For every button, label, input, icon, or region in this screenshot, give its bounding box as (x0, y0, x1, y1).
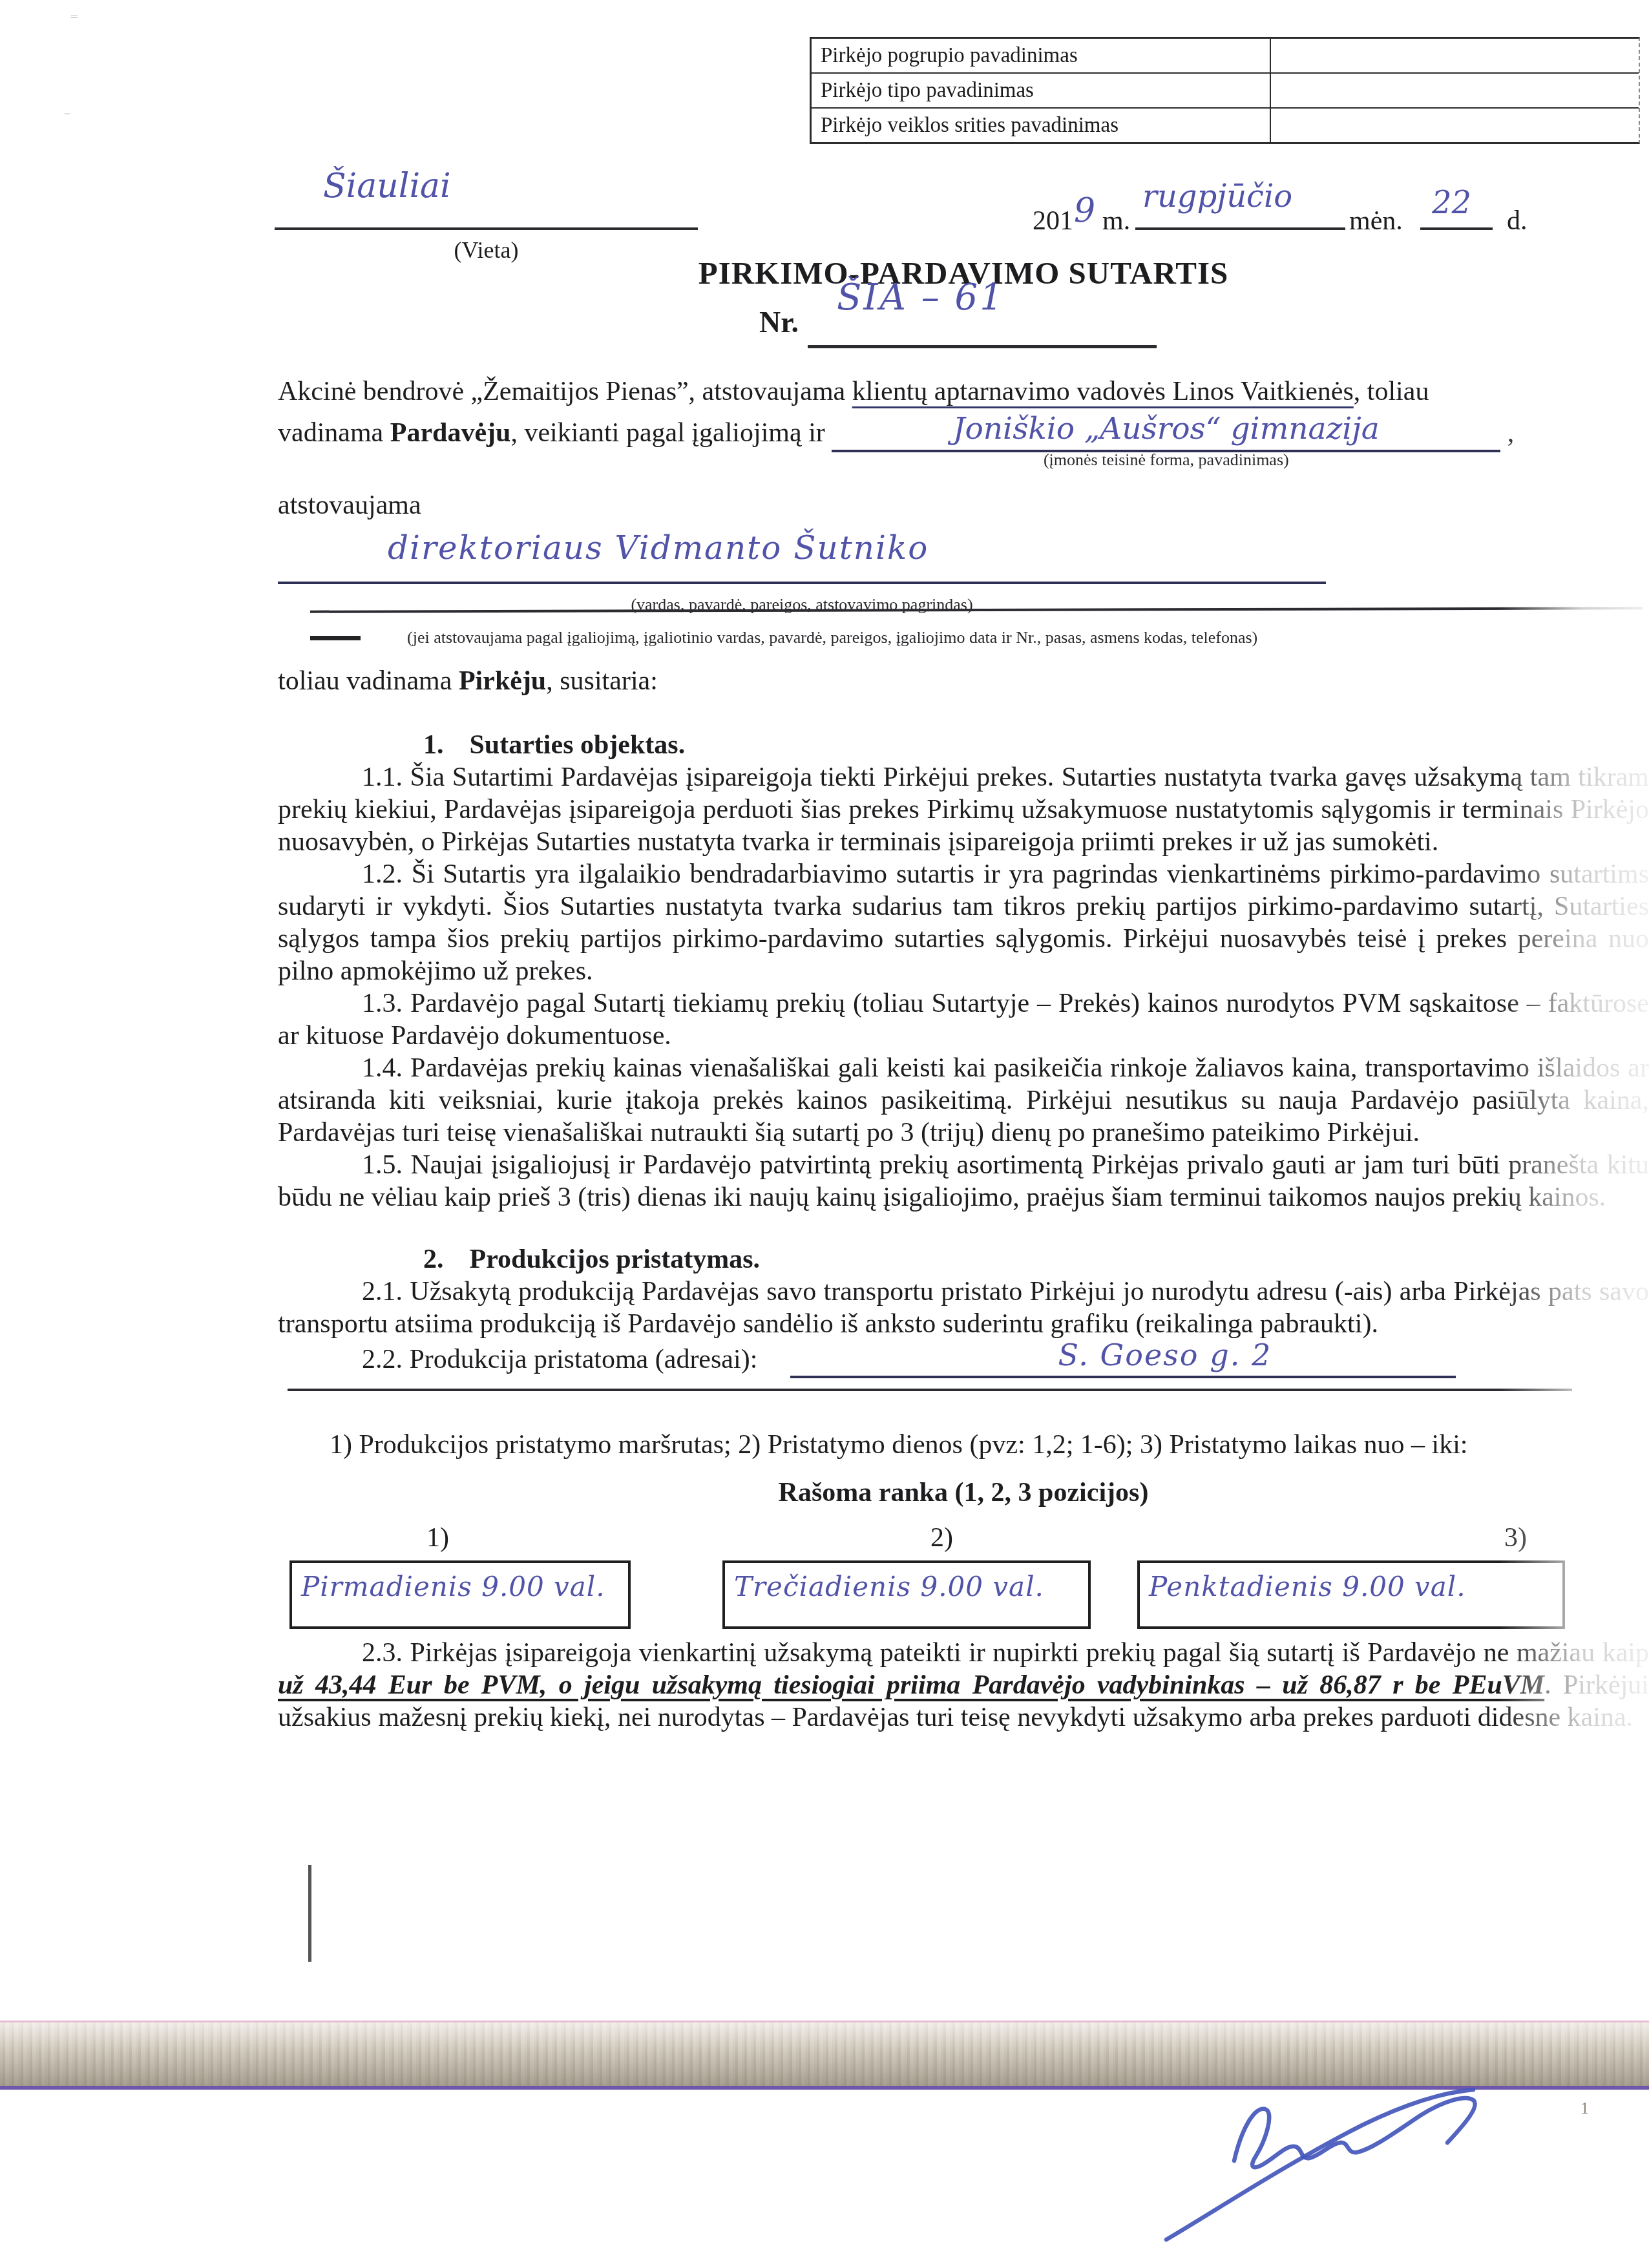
handwritten-month: rugpjūčio (1142, 178, 1292, 215)
clause-2-3: 2.3. Pirkėjas įsipareigoja vienkartinį u… (278, 1637, 1649, 1734)
section-number: 1. (423, 730, 444, 760)
month-underline (1135, 227, 1345, 230)
clause-1-3: 1.3. Pardavėjo pagal Sutartį tiekiamų pr… (278, 987, 1649, 1052)
section-number: 2. (423, 1244, 444, 1274)
section-title: Produkcijos pristatymas. (470, 1244, 761, 1274)
section-title: Sutarties objektas. (470, 730, 686, 760)
company-fill-line[interactable]: Joniškio „Aušros“ gimnazija(įmonės teisi… (832, 415, 1500, 452)
buyer-meta-table: Pirkėjo pogrupio pavadinimas Pirkėjo tip… (810, 37, 1640, 144)
column-label-3: 3) (1504, 1522, 1527, 1554)
representative-fill-line[interactable]: direktoriaus Vidmanto Šutniko (278, 522, 1326, 584)
table-row: Pirkėjo veiklos srities pavadinimas (812, 109, 1639, 142)
margin-pen-mark (308, 1865, 311, 1962)
contract-number-underline (808, 345, 1157, 348)
clause-1-4: 1.4. Pardavėjas prekių kainas vienašališ… (278, 1052, 1649, 1149)
column-label-2: 2) (930, 1522, 953, 1554)
day-underline (1420, 227, 1493, 230)
intro-line-1: Akcinė bendrovė „Žemaitijos Pienas”, ats… (278, 375, 1649, 408)
place-underline (275, 227, 698, 230)
clause-1-5: 1.5. Naujai įsigaliojusį ir Pardavėjo pa… (278, 1149, 1649, 1213)
intro-text: , toliau (1354, 377, 1429, 406)
date-men-label: mėn. (1349, 205, 1403, 236)
clause-1-2: 1.2. Ši Sutartis yra ilgalaikio bendrada… (278, 858, 1649, 987)
buyer-agreement-line: toliau vadinama Pirkėju, susitaria: (278, 666, 658, 697)
table-row: Pirkėjo tipo pavadinimas (812, 74, 1639, 109)
handwritten-year-digit: 9 (1074, 191, 1095, 230)
date-d-label: d. (1507, 205, 1528, 236)
representative-caption: (vardas, pavardė, pareigos, atstovavimo … (278, 588, 1326, 622)
date-m-label: m. (1102, 205, 1130, 236)
address-divider-line (288, 1389, 1572, 1391)
clause-2-1: 2.1. Užsakytą produkciją Pardavėjas savo… (278, 1276, 1649, 1340)
section-1-heading: 1.Sutarties objektas. (423, 729, 1649, 761)
delivery-day-box-3[interactable]: Penktadienis 9.00 val. (1137, 1560, 1565, 1629)
scanned-contract-page: ⁼ ⁻ Pirkėjo pogrupio pavadinimas Pirkėjo… (0, 0, 1649, 2268)
contract-number-label: Nr. (759, 305, 799, 339)
delivery-address-label: 2.2. Produkcija pristatoma (adresai): (362, 1345, 757, 1374)
handwritten-day-3: Penktadienis 9.00 val. (1140, 1563, 1562, 1603)
intro-text: Akcinė bendrovė „Žemaitijos Pienas”, ats… (278, 377, 852, 406)
minimum-order-emphasis: už 43,44 Eur be PVM, o jeigu užsakymą ti… (278, 1670, 1544, 1700)
handwriting-instruction: Rašoma ranka (1, 2, 3 pozicijos) (278, 1476, 1649, 1509)
intro-underlined-representative: klientų aptarnavimo vadovės Linos Vaitki… (852, 377, 1354, 406)
handwritten-day: 22 (1432, 185, 1471, 221)
clause-text: 2.3. Pirkėjas įsipareigoja vienkartinį u… (362, 1638, 1649, 1668)
delivery-day-boxes: Pirmadienis 9.00 val. Trečiadienis 9.00 … (278, 1560, 1649, 1629)
table-cell-label: Pirkėjo pogrupio pavadinimas (812, 39, 1271, 72)
table-cell-value[interactable] (1271, 74, 1639, 107)
column-labels-row: 1) 2) 3) (278, 1522, 1649, 1554)
date-year-printed: 201 (1033, 205, 1073, 236)
clause-2-2: 2.2. Produkcija pristatoma (adresai): S.… (278, 1341, 1649, 1378)
intro-text: , (1500, 418, 1514, 448)
table-row: Pirkėjo pogrupio pavadinimas (812, 39, 1639, 74)
handwritten-address: S. Goeso g. 2 (1058, 1338, 1272, 1372)
authorization-caption: (jei atstovaujama pagal įgaliojimą, įgal… (407, 628, 1257, 647)
handwritten-day-1: Pirmadienis 9.00 val. (292, 1563, 628, 1603)
intro-text: toliau vadinama (278, 666, 459, 696)
table-cell-label: Pirkėjo veiklos srities pavadinimas (812, 109, 1271, 142)
intro-block: Akcinė bendrovė „Žemaitijos Pienas”, ats… (278, 375, 1649, 622)
intro-text: vadinama (278, 418, 390, 448)
intro-text: , veikianti pagal įgaliojimą ir (510, 418, 832, 448)
scan-artifact: ⁼ (70, 10, 79, 30)
company-caption: (įmonės teisinė forma, pavadinimas) (832, 443, 1500, 477)
margin-dash (310, 636, 361, 640)
represented-by-label: atstovaujama (278, 488, 1649, 522)
column-label-1: 1) (426, 1522, 449, 1554)
handwritten-representative: direktoriaus Vidmanto Šutniko (388, 531, 929, 565)
intro-text: , susitaria: (546, 666, 658, 696)
delivery-day-box-2[interactable]: Trečiadienis 9.00 val. (722, 1560, 1091, 1629)
seller-term: Pardavėju (390, 418, 511, 448)
clause-1-1: 1.1. Šia Sutartimi Pardavėjas įsipareigo… (278, 761, 1649, 858)
table-cell-value[interactable] (1271, 39, 1639, 72)
handwritten-contract-number: ŠIA – 61 (837, 277, 1005, 319)
section-2-heading: 2.Produkcijos pristatymas. (423, 1243, 1649, 1276)
handwritten-place: Šiauliai (323, 167, 451, 205)
routes-legend-line: 1) Produkcijos pristatymo maršrutas; 2) … (330, 1429, 1649, 1461)
table-cell-value[interactable] (1271, 109, 1639, 142)
handwritten-day-2: Trečiadienis 9.00 val. (725, 1563, 1088, 1603)
address-fill-line[interactable]: S. Goeso g. 2 (790, 1341, 1456, 1378)
table-cell-label: Pirkėjo tipo pavadinimas (812, 74, 1271, 107)
page-number-mark: 1 (1581, 2099, 1590, 2118)
ink-signature (1137, 2084, 1525, 2249)
intro-line-2: vadinama Pardavėju, veikianti pagal įgal… (278, 415, 1649, 452)
scanner-artifact-band (0, 2022, 1649, 2090)
delivery-day-box-1[interactable]: Pirmadienis 9.00 val. (289, 1560, 631, 1629)
handwritten-company: Joniškio „Aušros“ gimnazija (953, 411, 1380, 446)
buyer-term: Pirkėju (459, 666, 546, 696)
contract-body: 1.Sutarties objektas. 1.1. Šia Sutartimi… (278, 729, 1649, 1734)
scan-artifact: ⁻ (63, 107, 72, 126)
